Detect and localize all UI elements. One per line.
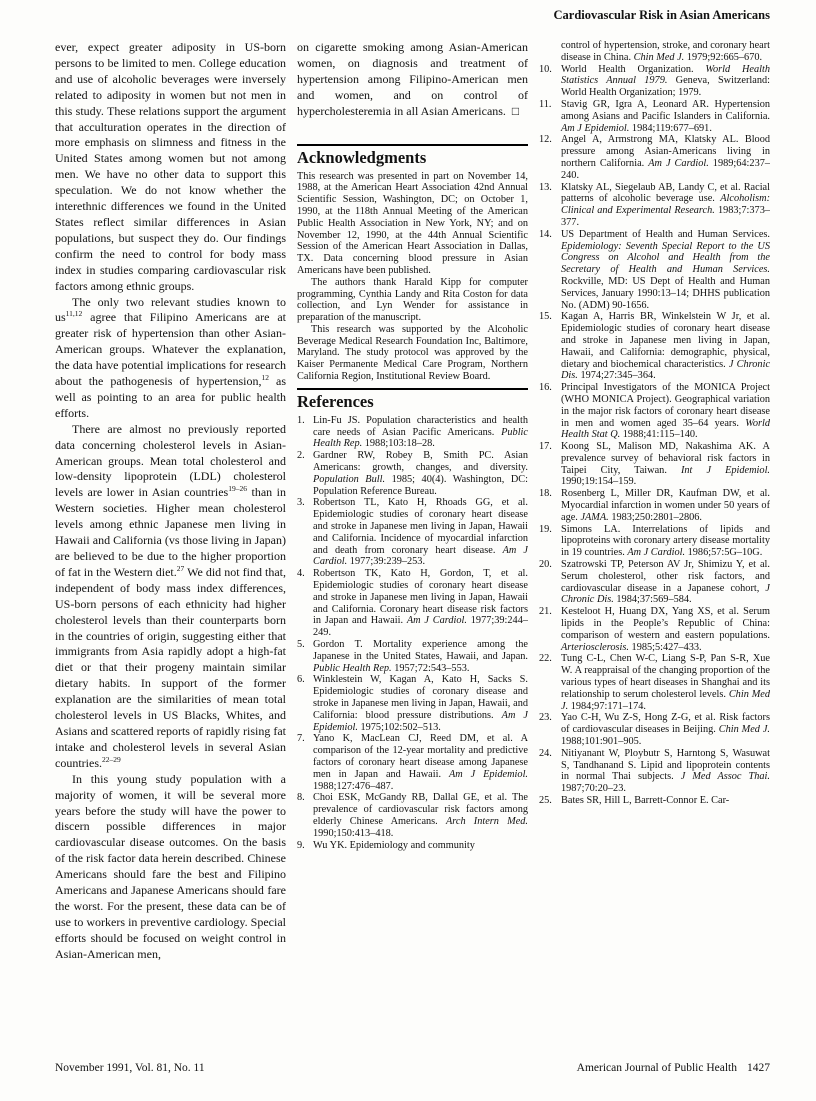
- text-columns: ever, expect greater adiposity in US-bor…: [55, 40, 771, 1054]
- reference-text: Stavig GR, Igra A, Leonard AR. Hypertens…: [561, 99, 770, 134]
- paragraph: ever, expect greater adiposity in US-bor…: [55, 40, 286, 295]
- reference-text: Principal Investigators of the MONICA Pr…: [561, 382, 770, 440]
- reference-number: 17.: [539, 441, 552, 453]
- reference-text: Nitiyanant W, Ploybutr S, Harntong S, Wa…: [561, 748, 770, 794]
- reference-item: 21.Kesteloot H, Huang DX, Yang XS, et al…: [539, 606, 770, 653]
- reference-number: 19.: [539, 524, 552, 536]
- reference-item: 3.Robertson TL, Kato H, Rhoads GG, et al…: [297, 497, 528, 568]
- reference-text: Lin-Fu JS. Population characteristics an…: [313, 415, 528, 450]
- reference-number: 24.: [539, 748, 552, 760]
- paragraph: There are almost no previously reported …: [55, 422, 286, 772]
- reference-text: Rosenberg L, Miller DR, Kaufman DW, et a…: [561, 488, 770, 523]
- paragraph: The only two relevant studies known to u…: [55, 295, 286, 422]
- paragraph: This research was supported by the Alcoh…: [297, 324, 528, 383]
- reference-item: 10.World Health Organization. World Heal…: [539, 64, 770, 99]
- reference-text: Kesteloot H, Huang DX, Yang XS, et al. S…: [561, 606, 770, 652]
- reference-text: Gordon T. Mortality experience among the…: [313, 639, 528, 674]
- reference-text: Gardner RW, Robey B, Smith PC. Asian Ame…: [313, 450, 528, 496]
- reference-text: Yano K, MacLean CJ, Reed DM, et al. A co…: [313, 733, 528, 791]
- column-2: on cigarette smoking among Asian-America…: [297, 40, 528, 1054]
- reference-number: 4.: [297, 568, 305, 580]
- reference-item: 23.Yao C-H, Wu Z-S, Hong Z-G, et al. Ris…: [539, 712, 770, 747]
- reference-item: 9.Wu YK. Epidemiology and community: [297, 840, 528, 852]
- reference-item: 16.Principal Investigators of the MONICA…: [539, 382, 770, 441]
- reference-number: 8.: [297, 792, 305, 804]
- reference-text: Choi ESK, McGandy RB, Dallal GE, et al. …: [313, 792, 528, 838]
- reference-text: Yao C-H, Wu Z-S, Hong Z-G, et al. Risk f…: [561, 712, 770, 747]
- reference-item: 1.Lin-Fu JS. Population characteristics …: [297, 415, 528, 450]
- page-footer: November 1991, Vol. 81, No. 11 American …: [55, 1062, 770, 1074]
- reference-text: Kagan A, Harris BR, Winkelstein W Jr, et…: [561, 311, 770, 381]
- reference-item: 19.Simons LA. Interrelations of lipids a…: [539, 524, 770, 559]
- reference-text: World Health Organization. World Health …: [561, 64, 770, 99]
- reference-number: 15.: [539, 311, 552, 323]
- reference-number: 6.: [297, 674, 305, 686]
- reference-text: Robertson TK, Kato H, Gordon, T, et al. …: [313, 568, 528, 638]
- acknowledgments-text: This research was presented in part on N…: [297, 171, 528, 383]
- reference-number: 14.: [539, 229, 552, 241]
- footer-journal-info: American Journal of Public Health1427: [577, 1062, 770, 1074]
- reference-number: 20.: [539, 559, 552, 571]
- reference-text: Wu YK. Epidemiology and community: [313, 840, 475, 851]
- reference-9-continuation: control of hypertension, stroke, and cor…: [539, 40, 770, 64]
- footer-issue-info: November 1991, Vol. 81, No. 11: [55, 1062, 205, 1074]
- references-heading: References: [297, 392, 528, 412]
- reference-item: 24.Nitiyanant W, Ploybutr S, Harntong S,…: [539, 748, 770, 795]
- reference-text: Simons LA. Interrelations of lipids and …: [561, 524, 770, 559]
- reference-number: 23.: [539, 712, 552, 724]
- journal-page: Cardiovascular Risk in Asian Americans e…: [0, 0, 816, 1101]
- reference-item: 25.Bates SR, Hill L, Barrett-Connor E. C…: [539, 795, 770, 807]
- reference-number: 25.: [539, 795, 552, 807]
- reference-number: 3.: [297, 497, 305, 509]
- reference-item: 22.Tung C-L, Chen W-C, Liang S-P, Pan S-…: [539, 653, 770, 712]
- reference-item: 5.Gordon T. Mortality experience among t…: [297, 639, 528, 674]
- running-head-title: Cardiovascular Risk in Asian Americans: [554, 8, 770, 23]
- reference-text: Robertson TL, Kato H, Rhoads GG, et al. …: [313, 497, 528, 567]
- references-list-10-25: 10.World Health Organization. World Heal…: [539, 64, 770, 807]
- reference-number: 7.: [297, 733, 305, 745]
- footer-journal-name: American Journal of Public Health: [577, 1062, 737, 1074]
- acknowledgments-heading: Acknowledgments: [297, 148, 528, 168]
- reference-text: Tung C-L, Chen W-C, Liang S-P, Pan S-R, …: [561, 653, 770, 711]
- footer-page-number: 1427: [747, 1062, 770, 1074]
- reference-item: 17.Koong SL, Malison MD, Nakashima AK. A…: [539, 441, 770, 488]
- reference-number: 2.: [297, 450, 305, 462]
- column-1: ever, expect greater adiposity in US-bor…: [55, 40, 286, 1054]
- column-1-body: ever, expect greater adiposity in US-bor…: [55, 40, 286, 963]
- reference-item: 12.Angel A, Armstrong MA, Klatsky AL. Bl…: [539, 134, 770, 181]
- reference-number: 10.: [539, 64, 552, 76]
- paragraph: This research was presented in part on N…: [297, 171, 528, 277]
- reference-item: 2.Gardner RW, Robey B, Smith PC. Asian A…: [297, 450, 528, 497]
- reference-number: 21.: [539, 606, 552, 618]
- reference-text: Koong SL, Malison MD, Nakashima AK. A pr…: [561, 441, 770, 487]
- reference-text: Bates SR, Hill L, Barrett-Connor E. Car-: [561, 795, 729, 806]
- reference-item: 13.Klatsky AL, Siegelaub AB, Landy C, et…: [539, 182, 770, 229]
- reference-number: 9.: [297, 840, 305, 852]
- reference-item: 8.Choi ESK, McGandy RB, Dallal GE, et al…: [297, 792, 528, 839]
- reference-item: 18.Rosenberg L, Miller DR, Kaufman DW, e…: [539, 488, 770, 523]
- references-list-1-9: 1.Lin-Fu JS. Population characteristics …: [297, 415, 528, 851]
- reference-number: 22.: [539, 653, 552, 665]
- reference-number: 1.: [297, 415, 305, 427]
- reference-number: 11.: [539, 99, 552, 111]
- reference-text: Szatrowski TP, Peterson AV Jr, Shimizu Y…: [561, 559, 770, 605]
- reference-item: 20.Szatrowski TP, Peterson AV Jr, Shimiz…: [539, 559, 770, 606]
- reference-item: 4.Robertson TK, Kato H, Gordon, T, et al…: [297, 568, 528, 639]
- reference-number: 18.: [539, 488, 552, 500]
- reference-text: US Department of Health and Human Servic…: [561, 229, 770, 311]
- reference-text: Angel A, Armstrong MA, Klatsky AL. Blood…: [561, 134, 770, 180]
- reference-number: 5.: [297, 639, 305, 651]
- references-divider: [297, 388, 528, 390]
- reference-item: 11.Stavig GR, Igra A, Leonard AR. Hypert…: [539, 99, 770, 134]
- reference-text: Winklestein W, Kagan A, Kato H, Sacks S.…: [313, 674, 528, 732]
- reference-number: 13.: [539, 182, 552, 194]
- acknowledgments-divider: [297, 144, 528, 146]
- reference-number: 12.: [539, 134, 552, 146]
- reference-item: 6.Winklestein W, Kagan A, Kato H, Sacks …: [297, 674, 528, 733]
- reference-number: 16.: [539, 382, 552, 394]
- reference-item: 14.US Department of Health and Human Ser…: [539, 229, 770, 312]
- column-3: control of hypertension, stroke, and cor…: [539, 40, 770, 1054]
- reference-item: 7.Yano K, MacLean CJ, Reed DM, et al. A …: [297, 733, 528, 792]
- reference-text: Klatsky AL, Siegelaub AB, Landy C, et al…: [561, 182, 770, 228]
- paragraph: In this young study population with a ma…: [55, 772, 286, 963]
- paragraph: The authors thank Harald Kipp for comput…: [297, 277, 528, 324]
- intro-continuation-paragraph: on cigarette smoking among Asian-America…: [297, 40, 528, 120]
- reference-item: 15.Kagan A, Harris BR, Winkelstein W Jr,…: [539, 311, 770, 382]
